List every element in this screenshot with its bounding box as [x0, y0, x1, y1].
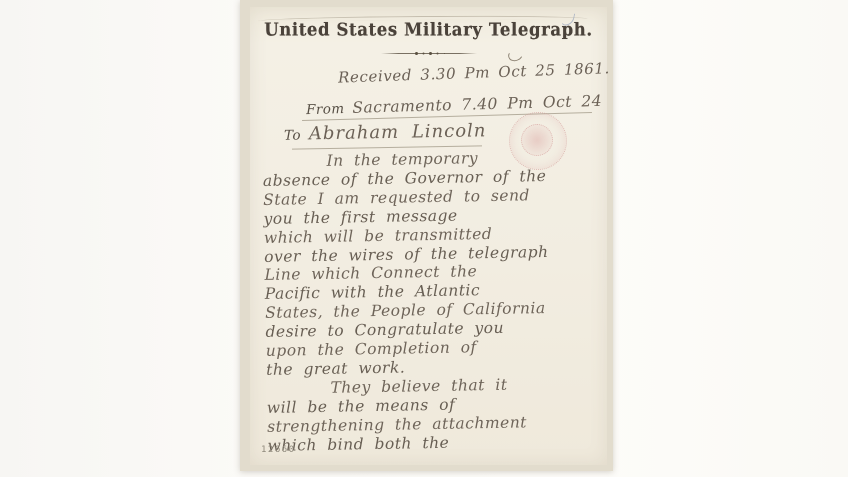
from-label: From — [306, 101, 345, 118]
from-row: FromSacramento 7.40 Pm Oct 24 — [306, 91, 603, 118]
letter-body: In the temporary absence of the Governor… — [262, 147, 603, 455]
received-line: Received 3.30 Pm Oct 25 1861. — [338, 61, 549, 86]
ink-flourish-mark — [506, 47, 524, 63]
to-label: To — [284, 127, 301, 143]
letterhead-title: United States Military Telegraph. — [250, 19, 607, 40]
to-row: ToAbraham Lincoln — [284, 120, 487, 145]
ornament-divider-icon — [381, 52, 477, 55]
telegram-page: United States Military Telegraph. Receiv… — [250, 7, 607, 465]
scanned-telegram-view: United States Military Telegraph. Receiv… — [0, 0, 848, 477]
catalog-number: 12660 — [261, 445, 296, 455]
to-value: Abraham Lincoln — [309, 120, 487, 144]
